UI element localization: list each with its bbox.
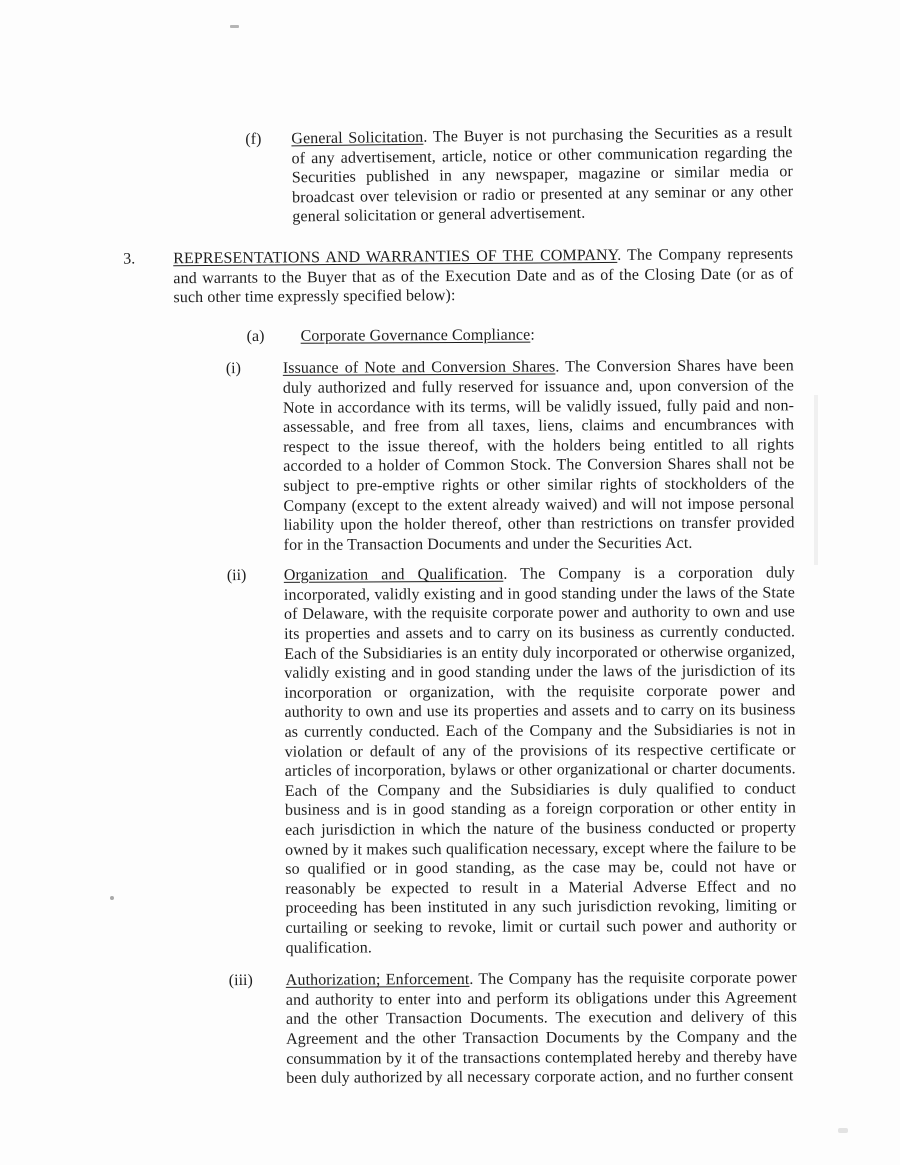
section-3-text: REPRESENTATIONS AND WARRANTIES OF THE CO… [173, 245, 793, 308]
document-content: (f) General Solicitation. The Buyer is n… [0, 0, 900, 1090]
section-3-number: 3. [123, 249, 173, 269]
paragraph-f-text: General Solicitation. The Buyer is not p… [291, 123, 793, 227]
scanned-document-page: (f) General Solicitation. The Buyer is n… [0, 0, 900, 1165]
item-i-issuance-of-note-and-conversion-shares: (i) Issuance of Note and Conversion Shar… [226, 356, 900, 555]
item-ii-body-text: . The Company is a corporation duly inco… [284, 565, 797, 957]
item-ii-text: Organization and Qualification. The Comp… [284, 564, 797, 958]
item-label-i: (i) [226, 359, 283, 379]
item-label-iii: (iii) [229, 971, 286, 991]
heading-authorization-enforcement: Authorization; Enforcement [286, 971, 470, 989]
heading-representations-and-warranties: REPRESENTATIONS AND WARRANTIES OF THE CO… [173, 247, 617, 267]
item-a-text: Corporate Governance Compliance: [301, 324, 812, 346]
item-a-body-text: : [530, 326, 535, 343]
paragraph-f-general-solicitation: (f) General Solicitation. The Buyer is n… [245, 122, 900, 228]
item-label-ii: (ii) [227, 566, 284, 586]
item-iii-text: Authorization; Enforcement. The Company … [286, 968, 798, 1088]
item-label-a: (a) [247, 326, 301, 346]
heading-organization-and-qualification: Organization and Qualification [284, 566, 504, 584]
item-iii-authorization-enforcement: (iii) Authorization; Enforcement. The Co… [229, 968, 900, 1089]
scan-artifact-speck [838, 1128, 848, 1133]
section-3-representations-and-warranties: 3. REPRESENTATIONS AND WARRANTIES OF THE… [123, 244, 900, 309]
item-a-corporate-governance-compliance: (a) Corporate Governance Compliance: [247, 324, 900, 347]
heading-general-solicitation: General Solicitation [291, 129, 423, 148]
item-label-f: (f) [245, 129, 291, 149]
heading-corporate-governance-compliance: Corporate Governance Compliance [301, 326, 531, 344]
heading-issuance-of-note-and-conversion-shares: Issuance of Note and Conversion Shares [283, 359, 556, 377]
item-ii-organization-and-qualification: (ii) Organization and Qualification. The… [227, 563, 900, 958]
item-i-body-text: . The Conversion Shares have been duly a… [283, 358, 795, 554]
item-i-text: Issuance of Note and Conversion Shares. … [283, 357, 795, 555]
